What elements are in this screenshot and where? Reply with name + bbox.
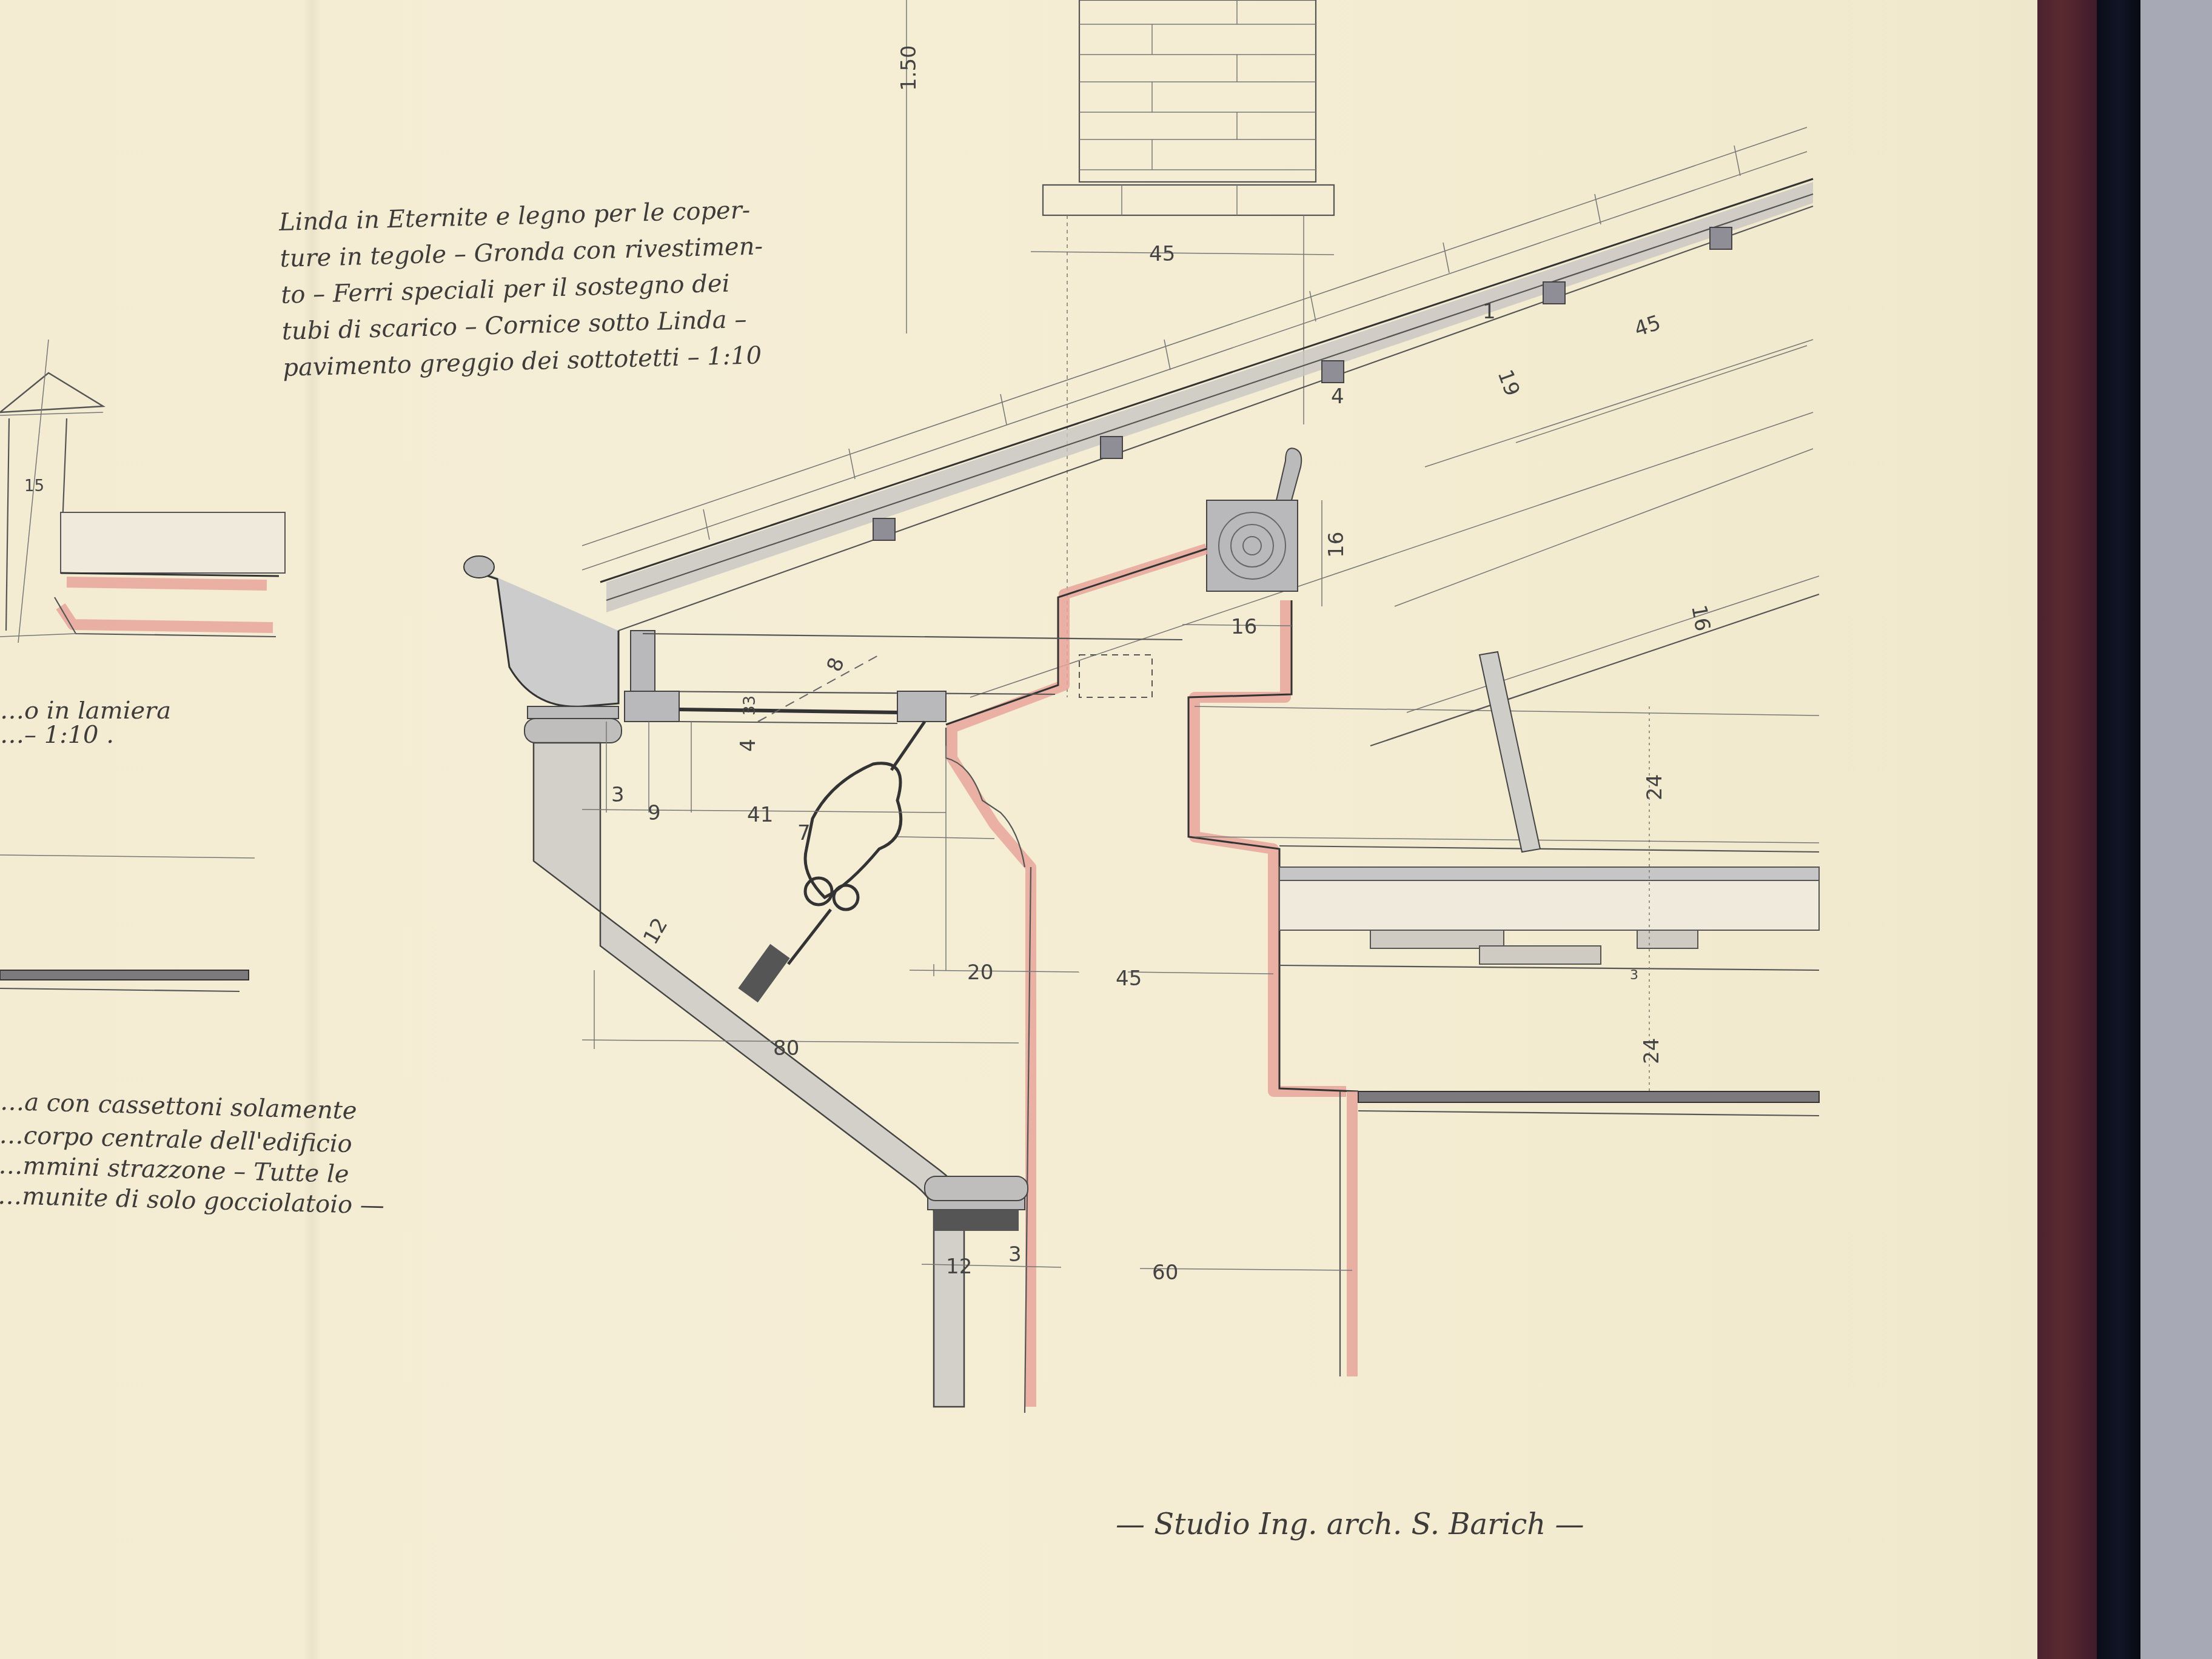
- dim-roof-thickness: 19: [1493, 366, 1524, 399]
- gutter-downpipe: [464, 556, 1028, 1407]
- dim-tile-spacing: 45: [1631, 310, 1664, 341]
- dim-soffit-4: 4: [736, 739, 760, 752]
- dim-pipe-offset-80: 80: [773, 1036, 799, 1061]
- roof-slope: [582, 127, 1813, 697]
- dim-soffit-33: 33: [741, 695, 759, 716]
- soffit-linda: [625, 631, 1182, 723]
- dim-wall-45: 45: [1116, 967, 1142, 991]
- dim-bracket-7: 7: [797, 821, 811, 845]
- dim-wall-20: 20: [967, 960, 993, 985]
- dim-joist-upper: 24: [1643, 774, 1667, 800]
- left-caption-upper: …o in lamiera …– 1:10 .: [0, 697, 171, 749]
- caption-line-4: tubi di scarico – Cornice sotto Linda –: [281, 306, 747, 346]
- dim-left-15: 15: [24, 477, 44, 495]
- main-caption: Linda in Eternite e legno per le coper- …: [278, 196, 766, 382]
- dim-pipe-diag: 12: [638, 914, 672, 948]
- dim-joist-lower: 24: [1640, 1038, 1664, 1064]
- caption-line-5: pavimento greggio dei sottotetti – 1:10: [283, 341, 762, 382]
- eave-section-drawing: Linda in Eternite e legno per le coper- …: [0, 0, 2212, 1659]
- dim-gutter-3: 3: [611, 783, 625, 807]
- purlin-beam: [1207, 448, 1322, 606]
- dim-batten: 4: [1331, 384, 1344, 409]
- dim-gutter-41: 41: [747, 803, 773, 827]
- left-caption-lower: …a con cassettoni solamente …corpo centr…: [0, 1088, 387, 1220]
- left-lower-line-1: …a con cassettoni solamente: [0, 1088, 357, 1125]
- rafter-strut: [1370, 576, 1819, 852]
- caption-line-2: ture in tegole – Gronda con rivestimen-: [280, 232, 763, 273]
- architect-signature: — Studio Ing. arch. S. Barich —: [1116, 1507, 1584, 1541]
- dim-gutter-9: 9: [648, 801, 661, 825]
- caption-line-1: Linda in Eternite e legno per le coper-: [278, 196, 751, 236]
- dim-pipe-gap-3: 3: [1008, 1242, 1022, 1267]
- dim-purlin-width: 16: [1231, 615, 1257, 639]
- dim-purlin-height: 16: [1324, 532, 1349, 558]
- dim-batten-1: 1: [1483, 300, 1496, 324]
- dim-wall-60: 60: [1152, 1261, 1178, 1285]
- dim-rafter-depth: 16: [1686, 603, 1715, 634]
- left-upper-line-2: …– 1:10 .: [0, 721, 114, 749]
- caption-line-3: to – Ferri speciali per il sostegno dei: [281, 270, 730, 309]
- dim-pipe-12: 12: [946, 1255, 972, 1279]
- left-eave-detail: [0, 340, 285, 991]
- dim-soffit-8: 8: [822, 654, 850, 675]
- dim-chimney-width: 45: [1149, 242, 1175, 266]
- dim-floor-layer: 3: [1630, 968, 1638, 983]
- dim-chimney-height: 1.50: [897, 45, 921, 91]
